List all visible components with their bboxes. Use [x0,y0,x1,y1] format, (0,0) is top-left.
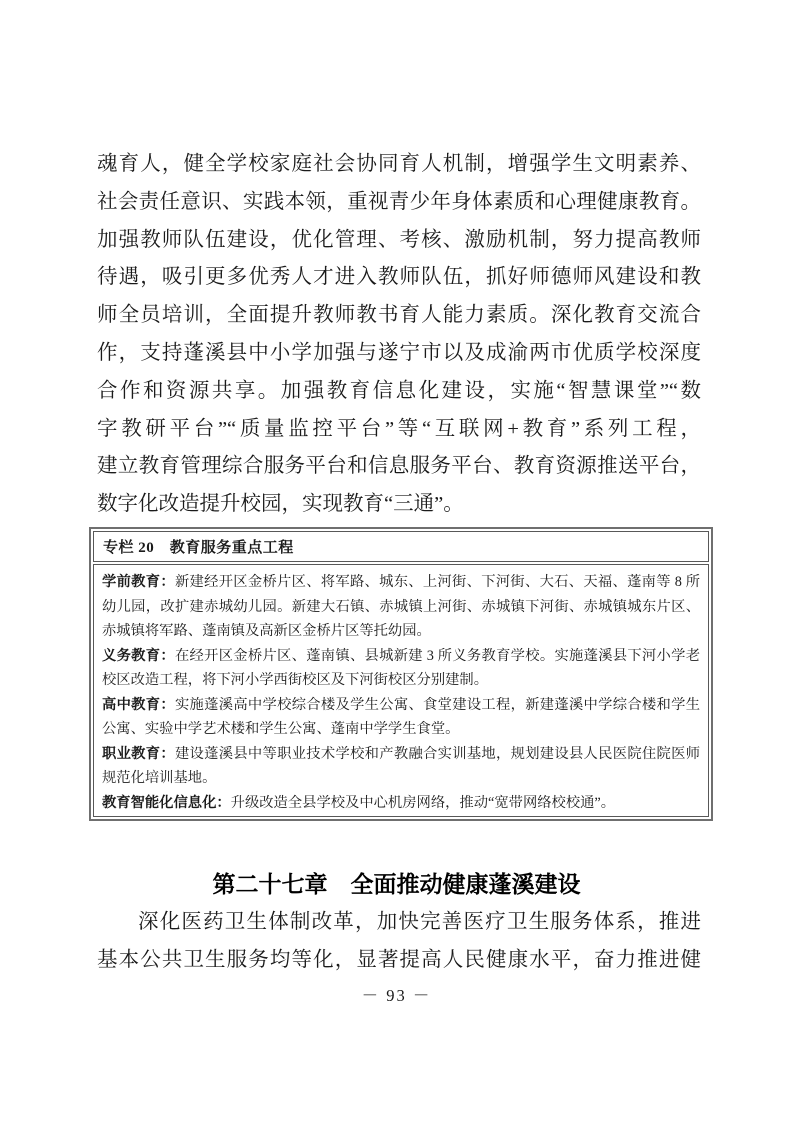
chapter-paragraph: 深化医药卫生体制改革，加快完善医疗卫生服务体系，推进 基本公共卫生服务均等化，显… [97,904,701,980]
entry-text: 建设蓬溪县中等职业技术学校和产教融合实训基地，规划建设县人民医院住院医师规范化培… [102,746,700,787]
chapter-heading: 第二十七章 全面推动健康蓬溪建设 [0,867,793,901]
feature-entry: 高中教育：实施蓬溪高中学校综合楼及学生公寓、食堂建设工程，新建蓬溪中学综合楼和学… [102,693,700,742]
paragraph-line: 基本公共卫生服务均等化，显著提高人民健康水平，奋力推进健 [97,942,701,980]
feature-entry: 教育智能化信息化：升级改造全县学校及中心机房网络，推动“宽带网络校校通”。 [102,791,700,816]
feature-entry: 职业教育：建设蓬溪县中等职业技术学校和产教融合实训基地，规划建设县人民医院住院医… [102,742,700,791]
feature-box-header: 专栏 20 教育服务重点工程 [93,531,709,562]
paragraph-line: 数字化改造提升校园，实现教育“三通”。 [97,486,701,524]
feature-entry: 学前教育：新建经开区金桥片区、将军路、城东、上河街、下河街、大石、天福、蓬南等 … [102,570,700,644]
paragraph-line: 合作和资源共享。加强教育信息化建设，实施“智慧课堂”“数 [97,373,701,411]
feature-box-body: 学前教育：新建经开区金桥片区、将军路、城东、上河街、下河街、大石、天福、蓬南等 … [93,564,709,817]
feature-box: 专栏 20 教育服务重点工程 学前教育：新建经开区金桥片区、将军路、城东、上河街… [89,527,713,821]
entry-text: 新建经开区金桥片区、将军路、城东、上河街、下河街、大石、天福、蓬南等 8 所幼儿… [102,574,700,639]
top-paragraph: 魂育人，健全学校家庭社会协同育人机制，增强学生文明素养、 社会责任意识、实践本领… [97,146,701,524]
entry-label: 义务教育： [102,648,175,664]
document-page: 魂育人，健全学校家庭社会协同育人机制，增强学生文明素养、 社会责任意识、实践本领… [0,0,793,1122]
paragraph-line: 加强教师队伍建设，优化管理、考核、激励机制，努力提高教师 [97,222,701,260]
entry-label: 教育智能化信息化： [102,795,231,811]
paragraph-line: 魂育人，健全学校家庭社会协同育人机制，增强学生文明素养、 [97,146,701,184]
entry-label: 职业教育： [102,746,175,762]
paragraph-line: 字教研平台”“质量监控平台”等“互联网+教育”系列工程， [97,411,701,449]
paragraph-line: 作，支持蓬溪县中小学加强与遂宁市以及成渝两市优质学校深度 [97,335,701,373]
feature-entry: 义务教育：在经开区金桥片区、蓬南镇、县城新建 3 所义务教育学校。实施蓬溪县下河… [102,644,700,693]
paragraph-line: 深化医药卫生体制改革，加快完善医疗卫生服务体系，推进 [97,904,701,942]
paragraph-line: 社会责任意识、实践本领，重视青少年身体素质和心理健康教育。 [97,184,701,222]
entry-text: 实施蓬溪高中学校综合楼及学生公寓、食堂建设工程，新建蓬溪中学综合楼和学生公寓、实… [102,697,700,738]
entry-text: 在经开区金桥片区、蓬南镇、县城新建 3 所义务教育学校。实施蓬溪县下河小学老校区… [102,648,700,689]
paragraph-line: 待遇，吸引更多优秀人才进入教师队伍，抓好师德师风建设和教 [97,259,701,297]
feature-box-title: 专栏 20 教育服务重点工程 [103,536,294,557]
entry-text: 升级改造全县学校及中心机房网络，推动“宽带网络校校通”。 [231,795,615,811]
paragraph-line: 师全员培训，全面提升教师教书育人能力素质。深化教育交流合 [97,297,701,335]
page-number: － 93 － [0,984,793,1008]
paragraph-line: 建立教育管理综合服务平台和信息服务平台、教育资源推送平台， [97,448,701,486]
entry-label: 高中教育： [102,697,175,713]
entry-label: 学前教育： [102,574,175,590]
